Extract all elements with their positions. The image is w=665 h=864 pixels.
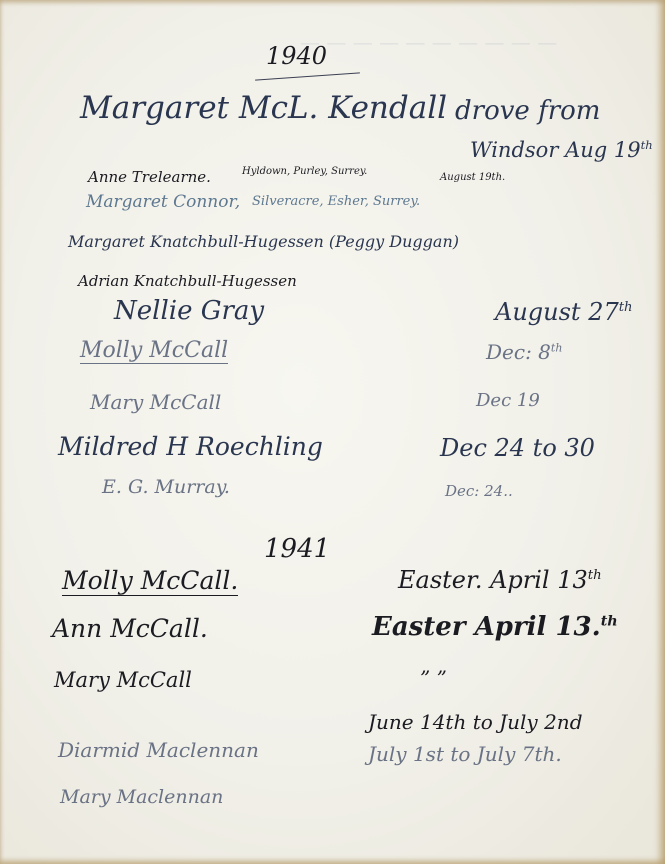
entry-name: Mildred H Roechling [58,432,323,461]
date-suffix: th [601,613,618,629]
year-underline [255,72,360,80]
date-text: Easter. April 13 [398,566,588,594]
entry-date: Dec 24 to 30 [440,434,595,462]
year-heading-1941: 1941 [264,534,330,564]
date-suffix: th [551,341,563,354]
entry-name: Mary Maclennan [60,786,223,808]
entry-name: Mary McCall [54,668,192,692]
entry-date: Dec: 8th [486,340,562,364]
entry-date: Easter April 13.th [372,612,618,642]
show-through-text: — — — — — — — — — — [300,30,557,54]
year-heading-1940: 1940 [266,42,327,70]
date-text: Windsor Aug 19 [470,138,641,162]
entry-name: Diarmid Maclennan [58,738,259,762]
entry-name: Margaret Knatchbull-Hugessen (Peggy Dugg… [68,232,459,251]
guest-book-page: — — — — — — — — — — 1940 Margaret McL. K… [0,0,665,864]
entry-date: July 1st to July 7th. [368,742,562,766]
entry-date: Easter. April 13th [398,566,602,594]
ditto-marks: ” ” [420,666,447,690]
entry-name: Molly McCall [80,338,228,363]
entry-date: Dec 19 [476,390,540,411]
entry-date: August 19th. [440,172,505,183]
date-suffix: th [588,568,602,583]
entry-name: Margaret Connor, [86,192,240,212]
entry-name: Margaret McL. Kendall [80,90,447,126]
entry-name: Ann McCall. [52,614,208,643]
entry-address: Silveracre, Esher, Surrey. [252,194,420,209]
entry-name: Molly McCall. [62,566,238,595]
name-text: Molly McCall. [62,566,238,596]
entry-note: drove from [455,96,600,126]
entry-name: Nellie Gray [114,296,264,326]
entry-date: August 27th [495,298,633,326]
entry-address: Hyldown, Purley, Surrey. [242,166,367,177]
entry-date: June 14th to July 2nd [368,710,583,734]
entry-name: E. G. Murray. [102,476,230,498]
date-suffix: th [619,300,633,315]
entry-date: Dec: 24.. [445,482,513,500]
entry-name: Anne Trelearne. [88,168,211,186]
entry-name: Mary McCall [90,390,221,414]
date-suffix: th [641,138,653,152]
entry-name: Adrian Knatchbull-Hugessen [78,272,297,290]
entry-date: Windsor Aug 19th [470,138,653,162]
date-text: August 27 [495,298,619,326]
date-text: Easter April 13. [372,612,601,642]
date-text: Dec: 8 [486,340,551,364]
name-text: Molly McCall [80,338,228,364]
